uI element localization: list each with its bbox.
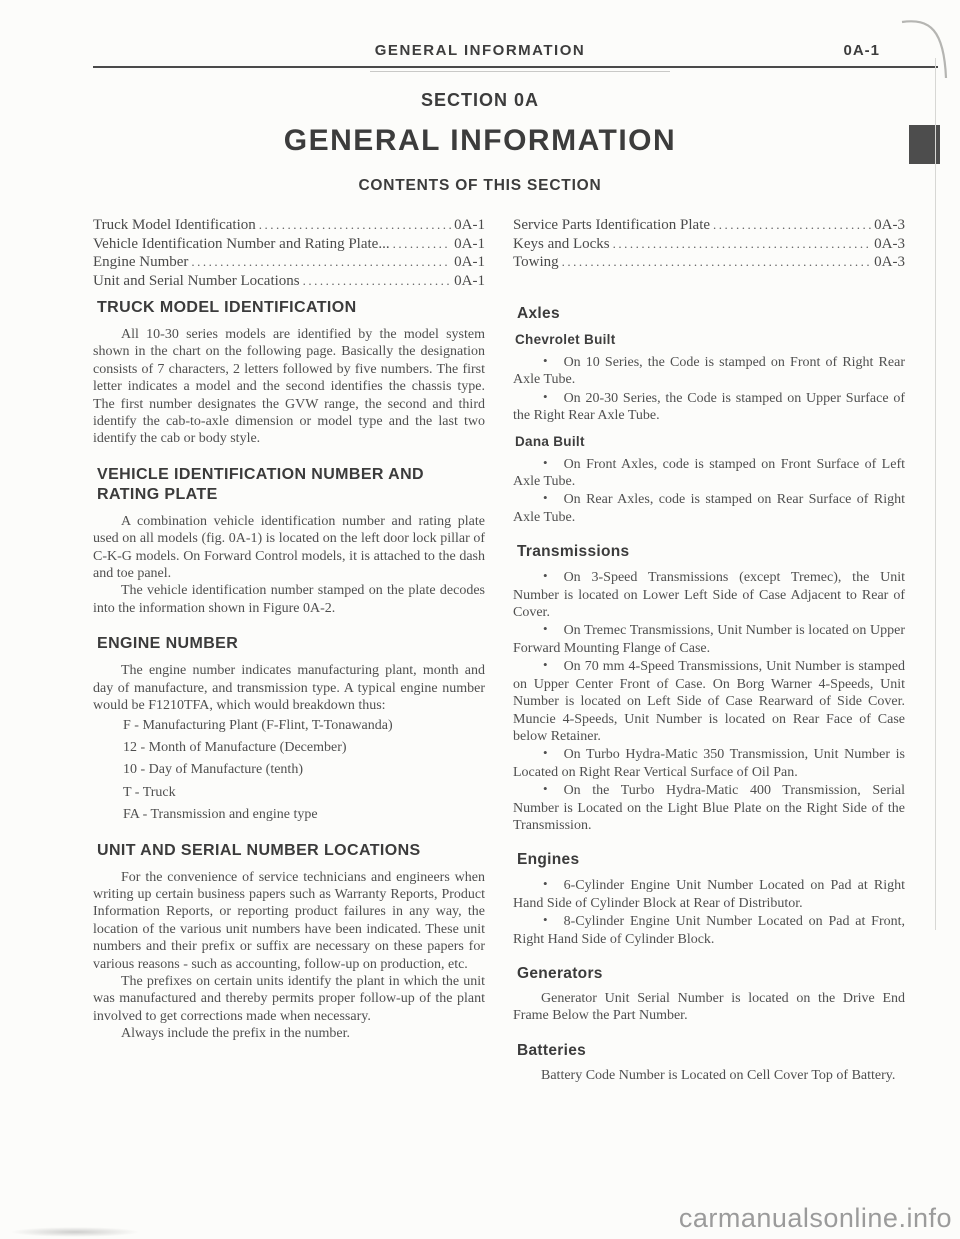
- page-curl-mark: [900, 0, 960, 80]
- bullet-item: •6-Cylinder Engine Unit Number Located o…: [513, 876, 905, 912]
- bullet-text: On 20-30 Series, the Code is stamped on …: [513, 391, 905, 423]
- list-item: F - Manufacturing Plant (F-Flint, T-Tona…: [93, 717, 485, 734]
- bullet-item: •On 70 mm 4-Speed Transmissions, Unit Nu…: [513, 657, 905, 745]
- list-item: T - Truck: [93, 784, 485, 801]
- paragraph: Always include the prefix in the number.: [93, 1025, 485, 1042]
- toc-page-ref: 0A-1: [454, 235, 485, 254]
- toc-leader: [562, 253, 872, 272]
- toc-left: Truck Model Identification 0A-1 Vehicle …: [93, 216, 485, 290]
- bullet-glyph: •: [543, 567, 548, 584]
- section-heading-batteries: Batteries: [513, 1041, 905, 1060]
- bullet-item: •On 3-Speed Transmissions (except Tremec…: [513, 568, 905, 621]
- section-heading-vin-plate: VEHICLE IDENTIFICATION NUMBER AND RATING…: [93, 465, 485, 505]
- running-header: GENERAL INFORMATION: [0, 42, 960, 59]
- paragraph: All 10-30 series models are identified b…: [93, 326, 485, 448]
- left-column: TRUCK MODEL IDENTIFICATION All 10-30 ser…: [93, 298, 485, 1043]
- toc-leader: [303, 272, 452, 291]
- section-heading-unit-serial: UNIT AND SERIAL NUMBER LOCATIONS: [93, 841, 485, 861]
- page-edge-line: [935, 58, 936, 930]
- toc-leader: [393, 235, 452, 254]
- bullet-item: •On 20-30 Series, the Code is stamped on…: [513, 389, 905, 425]
- paragraph: The prefixes on certain units identify t…: [93, 973, 485, 1025]
- toc-label: Engine Number: [93, 253, 188, 272]
- bullet-item: •8-Cylinder Engine Unit Number Located o…: [513, 912, 905, 948]
- section-heading-engine-number: ENGINE NUMBER: [93, 634, 485, 654]
- bullet-text: On Tremec Transmissions, Unit Number is …: [513, 623, 905, 655]
- toc-row: Vehicle Identification Number and Rating…: [93, 235, 485, 254]
- bullet-item: •On the Turbo Hydra-Matic 400 Transmissi…: [513, 781, 905, 834]
- toc-row: Engine Number 0A-1: [93, 253, 485, 272]
- bullet-glyph: •: [543, 911, 548, 928]
- toc-page-ref: 0A-3: [874, 253, 905, 272]
- section-label: SECTION 0A: [0, 90, 960, 111]
- engine-code-list: F - Manufacturing Plant (F-Flint, T-Tona…: [93, 717, 485, 824]
- bullet-glyph: •: [543, 875, 548, 892]
- bullet-glyph: •: [543, 388, 548, 405]
- bullet-text: On 10 Series, the Code is stamped on Fro…: [513, 355, 905, 387]
- toc-label: Service Parts Identification Plate: [513, 216, 710, 235]
- header-rule: [93, 66, 938, 68]
- manual-page: GENERAL INFORMATION 0A-1 SECTION 0A GENE…: [0, 0, 960, 1239]
- bullet-text: 8-Cylinder Engine Unit Number Located on…: [513, 914, 905, 946]
- header-rule-shadow: [370, 71, 670, 72]
- bullet-glyph: •: [543, 454, 548, 471]
- section-heading-truck-model: TRUCK MODEL IDENTIFICATION: [93, 298, 485, 318]
- list-item: 10 - Day of Manufacture (tenth): [93, 761, 485, 778]
- watermark: carmanualsonline.info: [679, 1203, 952, 1234]
- bullet-glyph: •: [543, 352, 548, 369]
- paragraph: For the convenience of service technicia…: [93, 869, 485, 973]
- paragraph: A combination vehicle identification num…: [93, 513, 485, 583]
- bullet-glyph: •: [543, 744, 548, 761]
- bullet-item: •On 10 Series, the Code is stamped on Fr…: [513, 353, 905, 389]
- scan-smudge: [10, 1227, 140, 1237]
- toc-leader: [613, 235, 872, 254]
- bullet-glyph: •: [543, 620, 548, 637]
- bullet-text: On Front Axles, code is stamped on Front…: [513, 457, 905, 489]
- toc-label: Unit and Serial Number Locations: [93, 272, 300, 291]
- bullet-glyph: •: [543, 780, 548, 797]
- bullet-item: •On Tremec Transmissions, Unit Number is…: [513, 621, 905, 657]
- list-item: 12 - Month of Manufacture (December): [93, 739, 485, 756]
- page-title: GENERAL INFORMATION: [0, 124, 960, 158]
- toc-page-ref: 0A-3: [874, 216, 905, 235]
- toc-row: Unit and Serial Number Locations 0A-1: [93, 272, 485, 291]
- toc-label: Towing: [513, 253, 559, 272]
- toc-label: Keys and Locks: [513, 235, 610, 254]
- right-column: Axles Chevrolet Built •On 10 Series, the…: [513, 298, 905, 1084]
- toc-page-ref: 0A-1: [454, 216, 485, 235]
- paragraph: Battery Code Number is Located on Cell C…: [513, 1067, 905, 1084]
- paragraph: The engine number indicates manufacturin…: [93, 662, 485, 714]
- bullet-glyph: •: [543, 489, 548, 506]
- paragraph: Generator Unit Serial Number is located …: [513, 990, 905, 1025]
- bullet-item: •On Turbo Hydra-Matic 350 Transmission, …: [513, 745, 905, 781]
- bullet-text: On 70 mm 4-Speed Transmissions, Unit Num…: [513, 659, 905, 744]
- section-heading-generators: Generators: [513, 964, 905, 983]
- toc-label: Truck Model Identification: [93, 216, 256, 235]
- bullet-item: •On Rear Axles, code is stamped on Rear …: [513, 490, 905, 526]
- sub-heading-chevrolet-built: Chevrolet Built: [513, 332, 905, 347]
- toc-page-ref: 0A-3: [874, 235, 905, 254]
- toc-label: Vehicle Identification Number and Rating…: [93, 235, 390, 254]
- toc-row: Keys and Locks 0A-3: [513, 235, 905, 254]
- toc-row: Service Parts Identification Plate 0A-3: [513, 216, 905, 235]
- toc-right: Service Parts Identification Plate 0A-3 …: [513, 216, 905, 272]
- toc-row: Towing 0A-3: [513, 253, 905, 272]
- list-item: FA - Transmission and engine type: [93, 806, 485, 823]
- sub-heading-dana-built: Dana Built: [513, 434, 905, 449]
- section-heading-engines: Engines: [513, 850, 905, 869]
- contents-title: CONTENTS OF THIS SECTION: [0, 177, 960, 195]
- bullet-item: •On Front Axles, code is stamped on Fron…: [513, 455, 905, 491]
- bullet-text: On 3-Speed Transmissions (except Tremec)…: [513, 570, 905, 620]
- bullet-glyph: •: [543, 656, 548, 673]
- toc-leader: [191, 253, 451, 272]
- toc-leader: [259, 216, 451, 235]
- paragraph: The vehicle identification number stampe…: [93, 582, 485, 617]
- toc-page-ref: 0A-1: [454, 253, 485, 272]
- bullet-text: On Turbo Hydra-Matic 350 Transmission, U…: [513, 747, 905, 779]
- toc-page-ref: 0A-1: [454, 272, 485, 291]
- page-number: 0A-1: [843, 42, 880, 59]
- toc-leader: [713, 216, 871, 235]
- section-heading-transmissions: Transmissions: [513, 542, 905, 561]
- bullet-text: 6-Cylinder Engine Unit Number Located on…: [513, 878, 905, 910]
- bullet-text: On the Turbo Hydra-Matic 400 Transmissio…: [513, 783, 905, 833]
- section-heading-axles: Axles: [513, 304, 905, 323]
- toc-row: Truck Model Identification 0A-1: [93, 216, 485, 235]
- bullet-text: On Rear Axles, code is stamped on Rear S…: [513, 492, 905, 524]
